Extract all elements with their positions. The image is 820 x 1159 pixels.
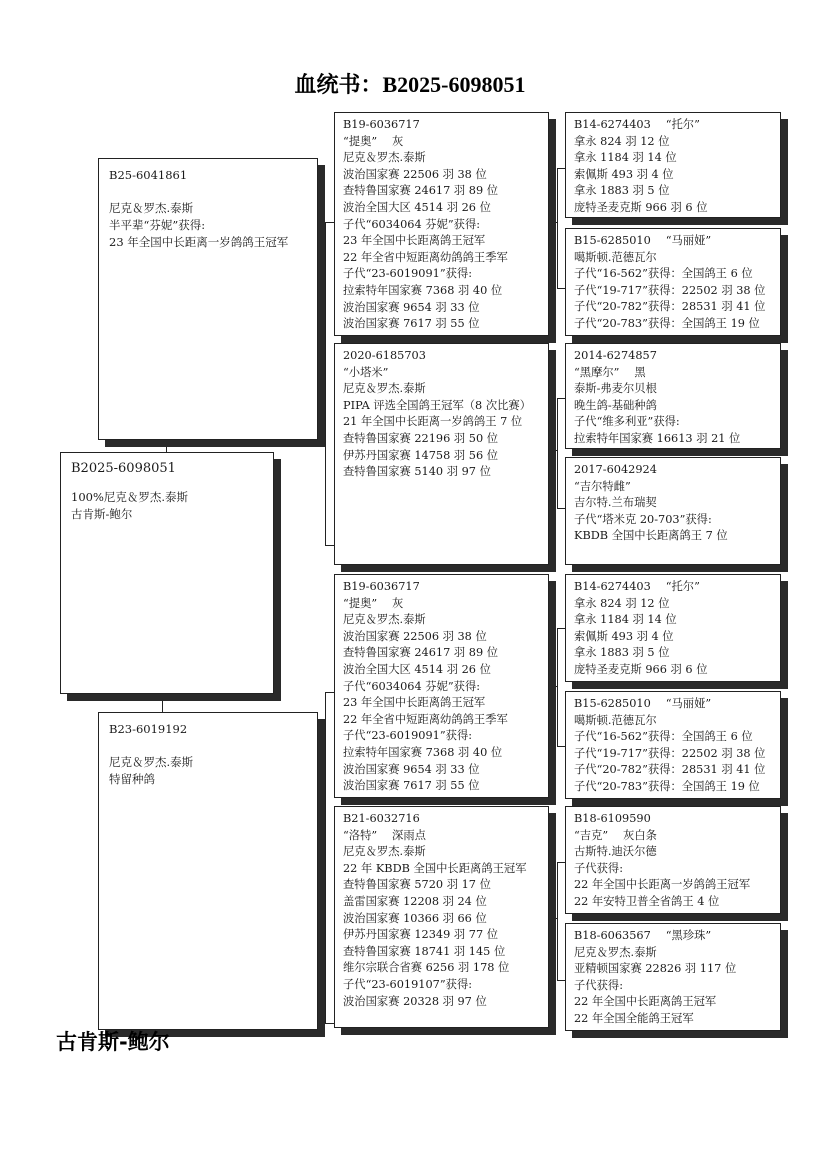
card-line: 22 年全国中长距离一岁鸽鸽王冠军 <box>574 877 772 894</box>
card-line: 波治国家赛 22506 羽 38 位 <box>343 167 540 184</box>
card-line: PIPA 评选全国鸽王冠军（8 次比赛） <box>343 398 540 415</box>
card-line: B15-6285010 “马丽娅” <box>574 696 772 713</box>
connector <box>162 694 163 712</box>
connector <box>557 980 565 981</box>
card-line: B18-6063567 “黑珍珠” <box>574 928 772 945</box>
card-line: 子代“20-783”获得：全国鸽王 19 位 <box>574 316 772 333</box>
card-line: “小塔米” <box>343 365 540 382</box>
card-line: 拿永 824 羽 12 位 <box>574 134 772 151</box>
card-line: 22 年 KBDB 全国中长距离鸽王冠军 <box>343 861 540 878</box>
card-line: 波治国家赛 22506 羽 38 位 <box>343 629 540 646</box>
card-line: 尼克＆罗杰.泰斯 <box>343 612 540 629</box>
connector <box>549 686 557 687</box>
connector <box>557 398 558 508</box>
subject-line: 100%尼克＆罗杰.泰斯 <box>71 489 263 506</box>
card-line: 子代获得: <box>574 861 772 878</box>
sire-dam-card: 2020-6185703 “小塔米” 尼克＆罗杰.泰斯 PIPA 评选全国鸽王冠… <box>334 343 549 565</box>
card-line: 查特鲁国家赛 22196 羽 50 位 <box>343 431 540 448</box>
connector <box>325 222 326 546</box>
card-line: 噶斯顿.范德瓦尔 <box>574 713 772 730</box>
card-line: 22 年全国中长距离鸽王冠军 <box>574 994 772 1011</box>
ggparent-card-4: 2017-6042924 “吉尔特雌” 吉尔特.兰布瑞契 子代“塔米克 20-7… <box>565 457 781 565</box>
card-line: 波治国家赛 20328 羽 97 位 <box>343 994 540 1011</box>
card-line: 盖雷国家赛 12208 羽 24 位 <box>343 894 540 911</box>
card-line: 波治国家赛 7617 羽 55 位 <box>343 316 540 333</box>
card-line: 拉索特年国家赛 16613 羽 21 位 <box>574 431 772 448</box>
connector <box>549 450 557 451</box>
card-line: 子代“6034064 芬妮”获得: <box>343 217 540 234</box>
card-line: 23 年全国中长距离鸽王冠军 <box>343 695 540 712</box>
card-line: 吉尔特.兰布瑞契 <box>574 495 772 512</box>
card-line: 22 年全省中短距离幼鸽鸽王季军 <box>343 250 540 267</box>
breeder-name: 古肯斯-鲍尔 <box>56 1026 170 1056</box>
connector <box>557 508 565 509</box>
card-line: 古斯特.迪沃尔德 <box>574 844 772 861</box>
card-line: 查特鲁国家赛 24617 羽 89 位 <box>343 645 540 662</box>
card-line: 子代“23-6019107”获得: <box>343 977 540 994</box>
connector <box>325 1023 334 1024</box>
card-line: B14-6274403 “托尔” <box>574 117 772 134</box>
card-line: 波治国家赛 9654 羽 33 位 <box>343 762 540 779</box>
connector <box>549 918 557 919</box>
card-line: 晚生鸽-基础种鸽 <box>574 398 772 415</box>
connector <box>557 628 558 746</box>
card-line: 子代“19-717”获得：22502 羽 38 位 <box>574 746 772 763</box>
dam-line: 尼克＆罗杰.泰斯 <box>109 754 307 771</box>
card-line: 尼克＆罗杰.泰斯 <box>343 150 540 167</box>
dam-sire-card: B19-6036717 “提奥” 灰 尼克＆罗杰.泰斯 波治国家赛 22506 … <box>334 574 549 798</box>
connector <box>325 692 326 1024</box>
sire-id: B25-6041861 <box>109 167 307 184</box>
card-line: “提奥” 灰 <box>343 596 540 613</box>
card-line: 22 年全国全能鸽王冠军 <box>574 1011 772 1028</box>
card-line: 2014-6274857 <box>574 348 772 365</box>
card-line: 波治全国大区 4514 羽 26 位 <box>343 662 540 679</box>
card-line: 尼克＆罗杰.泰斯 <box>343 844 540 861</box>
card-line: 子代“16-562”获得：全国鸽王 6 位 <box>574 266 772 283</box>
card-line: “吉克” 灰白条 <box>574 828 772 845</box>
sire-sire-card: B19-6036717 “提奥” 灰 尼克＆罗杰.泰斯 波治国家赛 22506 … <box>334 112 549 336</box>
dam-dam-card: B21-6032716 “洛特” 深雨点 尼克＆罗杰.泰斯 22 年 KBDB … <box>334 806 549 1028</box>
card-line: 拿永 1184 羽 14 位 <box>574 150 772 167</box>
card-line: 波治全国大区 4514 羽 26 位 <box>343 200 540 217</box>
card-line: 拿永 1883 羽 5 位 <box>574 645 772 662</box>
card-line: 亚精顿国家赛 22826 羽 117 位 <box>574 961 772 978</box>
card-line: 子代“20-783”获得：全国鸽王 19 位 <box>574 779 772 796</box>
card-line: 尼克＆罗杰.泰斯 <box>574 945 772 962</box>
card-line: 波治国家赛 10366 羽 66 位 <box>343 911 540 928</box>
connector <box>557 398 565 399</box>
card-line: 23 年全国中长距离鸽王冠军 <box>343 233 540 250</box>
card-line: “洛特” 深雨点 <box>343 828 540 845</box>
card-line: 拉索特年国家赛 7368 羽 40 位 <box>343 283 540 300</box>
ggparent-card-6: B15-6285010 “马丽娅” 噶斯顿.范德瓦尔 子代“16-562”获得：… <box>565 691 781 799</box>
card-line: 子代“塔米克 20-703”获得: <box>574 512 772 529</box>
card-line: 子代“维多利亚”获得: <box>574 414 772 431</box>
card-line: 伊苏丹国家赛 12349 羽 77 位 <box>343 927 540 944</box>
connector <box>557 862 558 980</box>
card-line: 子代“20-782”获得：28531 羽 41 位 <box>574 299 772 316</box>
card-line: 庞特圣麦克斯 966 羽 6 位 <box>574 662 772 679</box>
card-line: 子代“6034064 芬妮”获得: <box>343 679 540 696</box>
dam-line: 特留种鸽 <box>109 771 307 788</box>
card-line: B15-6285010 “马丽娅” <box>574 233 772 250</box>
sire-line: 半平辈“芬妮”获得: <box>109 217 307 234</box>
card-line: 拿永 1184 羽 14 位 <box>574 612 772 629</box>
card-line: 波治国家赛 7617 羽 55 位 <box>343 778 540 795</box>
connector <box>557 746 565 747</box>
connector <box>325 692 334 693</box>
ggparent-card-5: B14-6274403 “托尔” 拿永 824 羽 12 位 拿永 1184 羽… <box>565 574 781 682</box>
sire-line: 尼克＆罗杰.泰斯 <box>109 200 307 217</box>
card-line: 查特鲁国家赛 24617 羽 89 位 <box>343 183 540 200</box>
card-line: 子代“20-782”获得：28531 羽 41 位 <box>574 762 772 779</box>
subject-card: B2025-6098051 100%尼克＆罗杰.泰斯 古肯斯-鲍尔 <box>60 452 274 694</box>
card-line: 子代“16-562”获得：全国鸽王 6 位 <box>574 729 772 746</box>
card-line: 子代“23-6019091”获得: <box>343 728 540 745</box>
connector <box>557 628 565 629</box>
card-line: “吉尔特雌” <box>574 479 772 496</box>
card-line: KBDB 全国中长距离鸽王 7 位 <box>574 528 772 545</box>
card-line: 伊苏丹国家赛 14758 羽 56 位 <box>343 448 540 465</box>
card-line: 拿永 1883 羽 5 位 <box>574 183 772 200</box>
card-line: 2020-6185703 <box>343 348 540 365</box>
dam-id: B23-6019192 <box>109 721 307 738</box>
card-line: 维尔宗联合省赛 6256 羽 178 位 <box>343 960 540 977</box>
card-line: 22 年全省中短距离幼鸽鸽王季军 <box>343 712 540 729</box>
card-line: 噶斯顿.范德瓦尔 <box>574 250 772 267</box>
card-line: 拿永 824 羽 12 位 <box>574 596 772 613</box>
card-line: 索佩斯 493 羽 4 位 <box>574 167 772 184</box>
ggparent-card-3: 2014-6274857 “黑摩尔” 黑 泰斯-弗麦尔贝根 晚生鸽-基础种鸽 子… <box>565 343 781 449</box>
card-line: B21-6032716 <box>343 811 540 828</box>
card-line: “提奥” 灰 <box>343 134 540 151</box>
card-line: 查特鲁国家赛 5140 羽 97 位 <box>343 464 540 481</box>
connector <box>166 438 167 452</box>
card-line: B18-6109590 <box>574 811 772 828</box>
card-line: B14-6274403 “托尔” <box>574 579 772 596</box>
page-title: 血统书：B2025-6098051 <box>0 68 820 99</box>
ggparent-card-7: B18-6109590 “吉克” 灰白条 古斯特.迪沃尔德 子代获得: 22 年… <box>565 806 781 914</box>
ggparent-card-8: B18-6063567 “黑珍珠” 尼克＆罗杰.泰斯 亚精顿国家赛 22826 … <box>565 923 781 1031</box>
card-line: 查特鲁国家赛 5720 羽 17 位 <box>343 877 540 894</box>
card-line: 子代获得: <box>574 978 772 995</box>
card-line: 拉索特年国家赛 7368 羽 40 位 <box>343 745 540 762</box>
card-line: 波治国家赛 9654 羽 33 位 <box>343 300 540 317</box>
card-line: 尼克＆罗杰.泰斯 <box>343 381 540 398</box>
connector <box>325 545 334 546</box>
connector <box>557 288 565 289</box>
card-line: 索佩斯 493 羽 4 位 <box>574 629 772 646</box>
card-line: 21 年全国中长距离一岁鸽鸽王 7 位 <box>343 414 540 431</box>
sire-card: B25-6041861 尼克＆罗杰.泰斯 半平辈“芬妮”获得: 23 年全国中长… <box>98 158 318 440</box>
card-line: 泰斯-弗麦尔贝根 <box>574 381 772 398</box>
card-line: 庞特圣麦克斯 966 羽 6 位 <box>574 200 772 217</box>
connector <box>557 168 565 169</box>
ggparent-card-2: B15-6285010 “马丽娅” 噶斯顿.范德瓦尔 子代“16-562”获得：… <box>565 228 781 336</box>
connector <box>549 222 557 223</box>
card-line: 子代“23-6019091”获得: <box>343 266 540 283</box>
card-line: B19-6036717 <box>343 117 540 134</box>
card-line: 2017-6042924 <box>574 462 772 479</box>
connector <box>557 862 565 863</box>
subject-id: B2025-6098051 <box>71 459 263 479</box>
card-line: 子代“19-717”获得：22502 羽 38 位 <box>574 283 772 300</box>
subject-line: 古肯斯-鲍尔 <box>71 506 263 523</box>
sire-line: 23 年全国中长距离一岁鸽鸽王冠军 <box>109 234 307 251</box>
card-line: B19-6036717 <box>343 579 540 596</box>
connector <box>557 168 558 288</box>
dam-card: B23-6019192 尼克＆罗杰.泰斯 特留种鸽 <box>98 712 318 1030</box>
card-line: “黑摩尔” 黑 <box>574 365 772 382</box>
ggparent-card-1: B14-6274403 “托尔” 拿永 824 羽 12 位 拿永 1184 羽… <box>565 112 781 218</box>
card-line: 22 年安特卫普全省鸽王 4 位 <box>574 894 772 911</box>
connector <box>325 222 334 223</box>
card-line: 查特鲁国家赛 18741 羽 145 位 <box>343 944 540 961</box>
